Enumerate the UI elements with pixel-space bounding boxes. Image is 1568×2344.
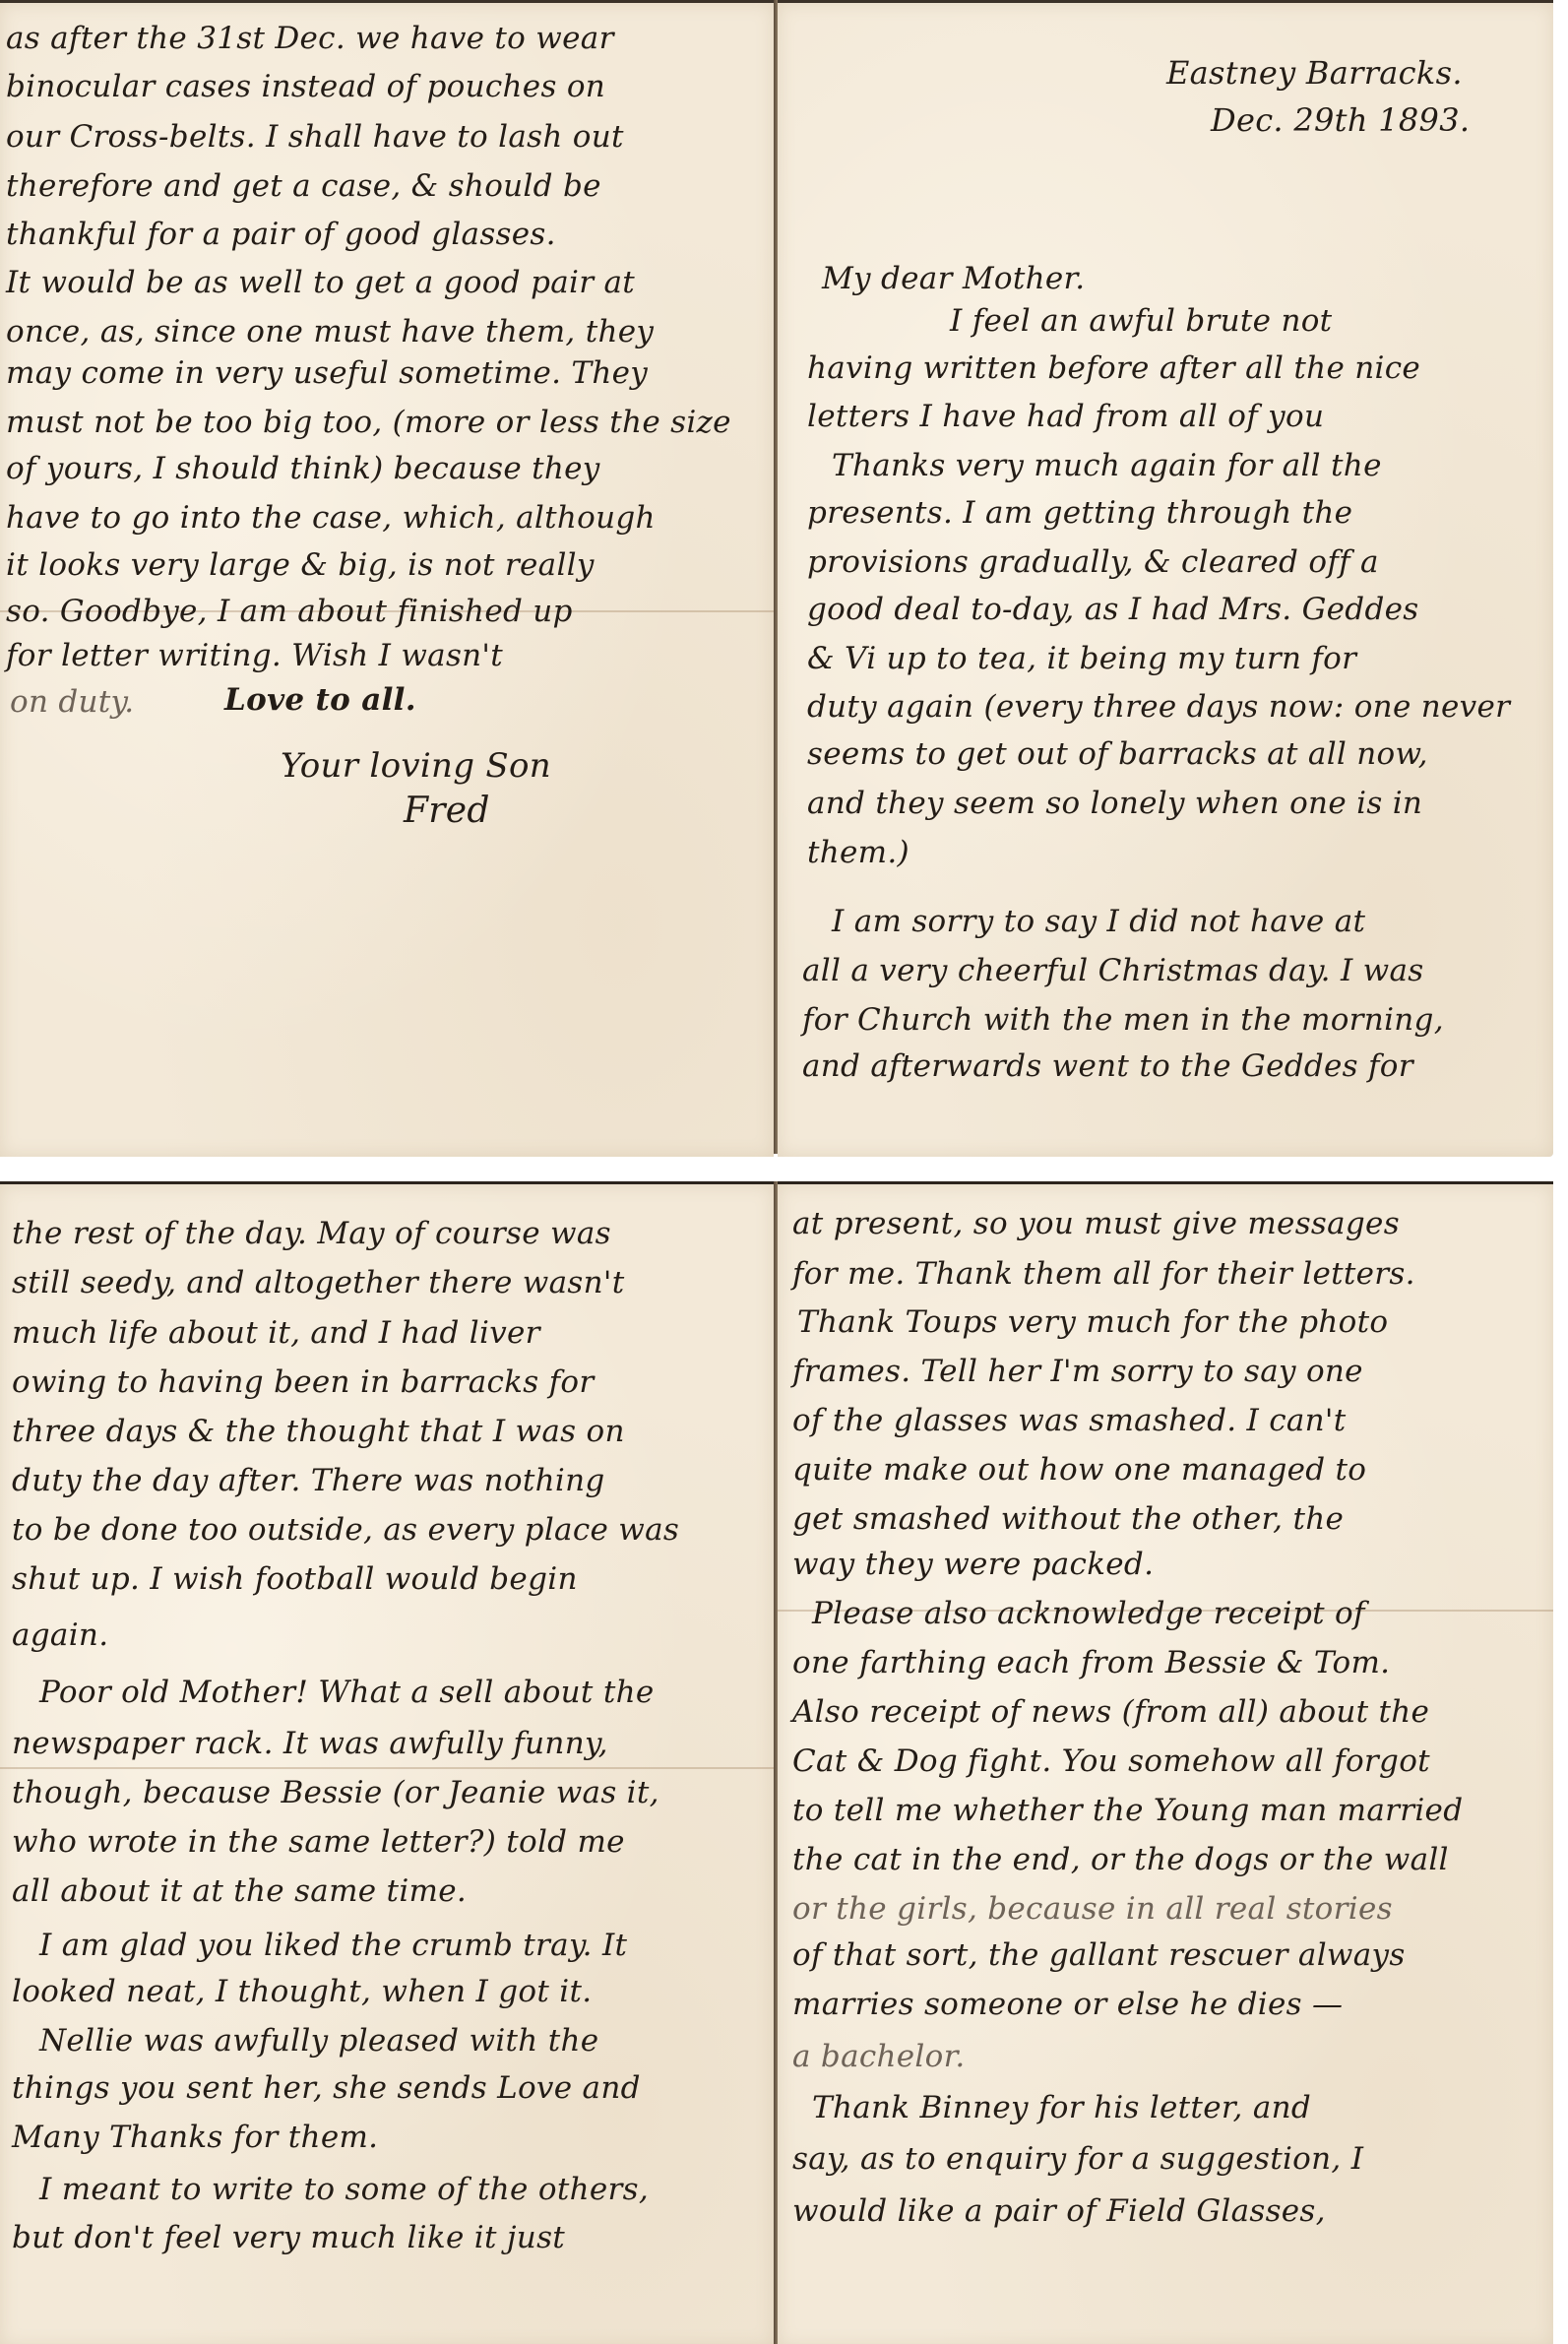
- text-line: marries someone or else he dies —: [792, 1987, 1343, 2022]
- text-line: duty again (every three days now: one ne…: [807, 689, 1510, 725]
- text-line: who wrote in the same letter?) told me: [12, 1824, 625, 1860]
- text-line: shut up. I wish football would begin: [12, 1561, 578, 1597]
- text-line: a bachelor.: [792, 2039, 965, 2074]
- text-line: the cat in the end, or the dogs or the w…: [792, 1842, 1449, 1877]
- text-line: looked neat, I thought, when I got it.: [12, 1974, 592, 2009]
- letter-page-2-bottom-left: the rest of the day. May of course was s…: [0, 1181, 774, 2344]
- text-line: way they were packed.: [792, 1547, 1154, 1582]
- text-line: I meant to write to some of the others,: [39, 2172, 649, 2207]
- text-line: having written before after all the nice: [807, 350, 1420, 386]
- text-line: Thank Toups very much for the photo: [797, 1304, 1388, 1340]
- text-line: though, because Bessie (or Jeanie was it…: [12, 1775, 659, 1810]
- paper-fold-crease: [0, 1767, 774, 1769]
- text-line: must not be too big too, (more or less t…: [6, 405, 731, 440]
- closing-line: Love to all.: [224, 682, 416, 718]
- text-line: Poor old Mother! What a sell about the: [39, 1675, 655, 1710]
- text-line: once, as, since one must have them, they: [6, 314, 654, 349]
- text-line: frames. Tell her I'm sorry to say one: [792, 1354, 1363, 1389]
- text-line: seems to get out of barracks at all now,: [807, 736, 1428, 772]
- text-line: It would be as well to get a good pair a…: [6, 265, 635, 300]
- salutation: My dear Mother.: [822, 261, 1085, 296]
- text-line: as after the 31st Dec. we have to wear: [6, 21, 614, 56]
- text-line: of the glasses was smashed. I can't: [792, 1403, 1347, 1438]
- text-line: still seedy, and altogether there wasn't: [12, 1265, 624, 1300]
- text-line: but don't feel very much like it just: [12, 2220, 565, 2255]
- text-line: again.: [12, 1617, 108, 1653]
- text-line: may come in very useful sometime. They: [6, 355, 648, 391]
- text-line: for Church with the men in the morning,: [802, 1002, 1444, 1038]
- text-line: the rest of the day. May of course was: [12, 1216, 611, 1251]
- text-line: our Cross-belts. I shall have to lash ou…: [6, 119, 624, 155]
- text-line: presents. I am getting through the: [807, 495, 1352, 531]
- text-line: provisions gradually, & cleared off a: [807, 544, 1379, 580]
- text-line: therefore and get a case, & should be: [6, 168, 601, 204]
- text-line: Thank Binney for his letter, and: [812, 2090, 1311, 2125]
- text-line: Many Thanks for them.: [12, 2120, 378, 2155]
- text-line: have to go into the case, which, althoug…: [6, 500, 656, 536]
- text-line: much life about it, and I had liver: [12, 1315, 540, 1351]
- text-line: three days & the thought that I was on: [12, 1414, 625, 1449]
- valediction: Your loving Son: [281, 746, 551, 786]
- text-line: duty the day after. There was nothing: [12, 1463, 605, 1498]
- text-line: would like a pair of Field Glasses,: [792, 2193, 1326, 2229]
- text-line: at present, so you must give messages: [792, 1206, 1400, 1241]
- text-line: Also receipt of news (from all) about th…: [792, 1694, 1429, 1730]
- letter-page-3-bottom-right: at present, so you must give messages fo…: [778, 1181, 1553, 2344]
- text-line: one farthing each from Bessie & Tom.: [792, 1645, 1390, 1680]
- text-line: & Vi up to tea, it being my turn for: [807, 641, 1356, 676]
- text-line: them.): [807, 835, 909, 870]
- text-line: it looks very large & big, is not really: [6, 547, 595, 583]
- text-line: for letter writing. Wish I wasn't: [6, 638, 503, 673]
- text-line: of yours, I should think) because they: [6, 451, 600, 486]
- text-line: letters I have had from all of you: [807, 399, 1324, 434]
- text-line: Nellie was awfully pleased with the: [39, 2023, 598, 2059]
- text-line: of that sort, the gallant rescuer always: [792, 1937, 1406, 1973]
- signature: Fred: [404, 791, 490, 831]
- text-line: Thanks very much again for all the: [832, 448, 1382, 483]
- text-line: or the girls, because in all real storie…: [792, 1891, 1393, 1927]
- text-line: say, as to enquiry for a suggestion, I: [792, 2141, 1363, 2177]
- text-line: owing to having been in barracks for: [12, 1364, 595, 1400]
- text-line: all about it at the same time.: [12, 1873, 467, 1909]
- text-line: good deal to-day, as I had Mrs. Geddes: [807, 592, 1418, 627]
- text-line: quite make out how one managed to: [792, 1452, 1366, 1488]
- text-line: Please also acknowledge receipt of: [812, 1596, 1365, 1631]
- text-line: I am sorry to say I did not have at: [832, 904, 1365, 939]
- text-line: newspaper rack. It was awfully funny,: [12, 1726, 608, 1761]
- text-line: for me. Thank them all for their letters…: [792, 1256, 1415, 1292]
- text-line: I feel an awful brute not: [950, 303, 1332, 339]
- text-line: get smashed without the other, the: [792, 1501, 1344, 1537]
- text-line: and afterwards went to the Geddes for: [802, 1048, 1413, 1084]
- text-line: things you sent her, she sends Love and: [12, 2070, 641, 2106]
- sender-address: Eastney Barracks.: [1166, 54, 1463, 92]
- letter-page-4-top-left: as after the 31st Dec. we have to wear b…: [0, 0, 774, 1157]
- letter-date: Dec. 29th 1893.: [1211, 101, 1470, 139]
- text-line: to tell me whether the Young man married: [792, 1793, 1463, 1828]
- text-line: binocular cases instead of pouches on: [6, 69, 605, 104]
- text-line: all a very cheerful Christmas day. I was: [802, 953, 1423, 988]
- text-line: and they seem so lonely when one is in: [807, 786, 1422, 821]
- text-line: Cat & Dog fight. You somehow all forgot: [792, 1743, 1430, 1779]
- text-line: on duty.: [10, 684, 134, 720]
- text-line: so. Goodbye, I am about finished up: [6, 594, 573, 629]
- text-line: to be done too outside, as every place w…: [12, 1512, 679, 1548]
- text-line: thankful for a pair of good glasses.: [6, 217, 556, 252]
- letter-page-1-top-right: Eastney Barracks. Dec. 29th 1893. My dea…: [778, 0, 1553, 1157]
- text-line: I am glad you liked the crumb tray. It: [39, 1928, 627, 1963]
